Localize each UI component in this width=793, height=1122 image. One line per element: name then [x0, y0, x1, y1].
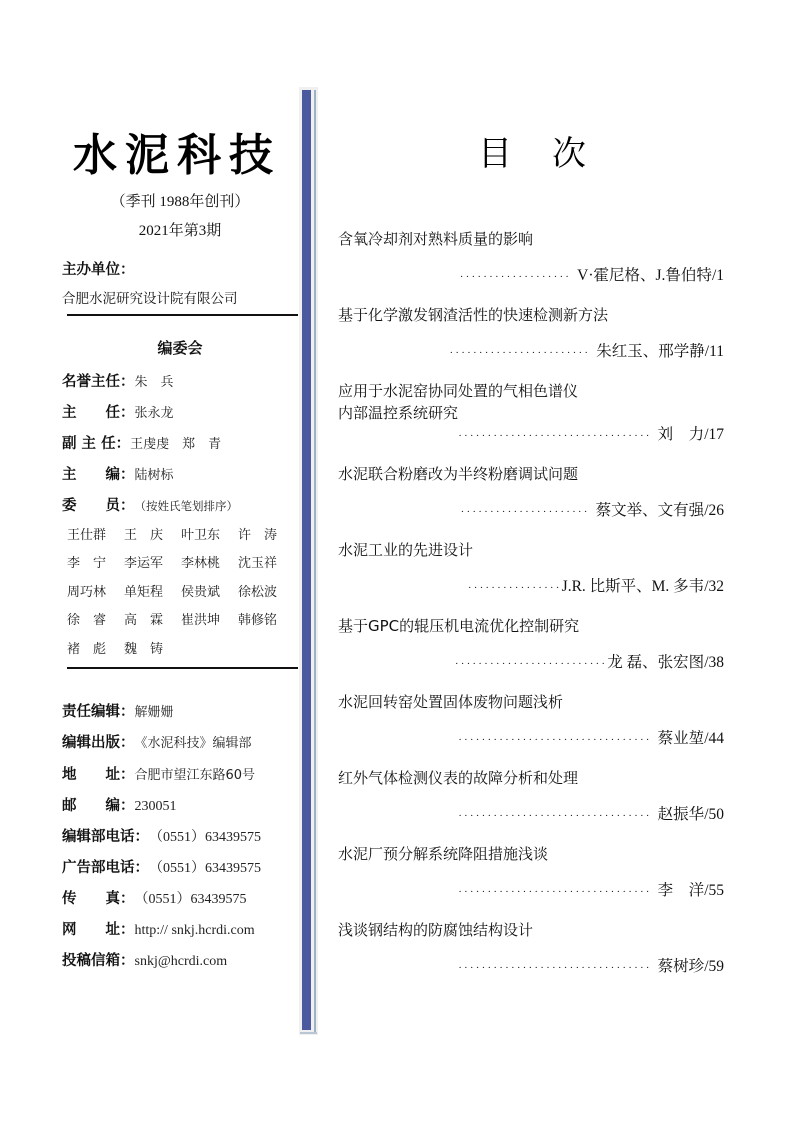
leader-dots: ································· — [458, 425, 651, 447]
article-title[interactable]: 基于化学激发钢渣活性的快速检测新方法 — [338, 304, 724, 326]
article-author: 蔡树珍 — [658, 956, 705, 978]
member-name: 李林桃 — [181, 552, 238, 571]
board-row-director: 主 任： 张永龙 — [62, 401, 174, 422]
leader-dots: ································· — [458, 729, 651, 751]
board-label: 主 任： — [62, 401, 135, 422]
sponsor-name: 合肥水泥研究设计院有限公司 — [62, 287, 238, 307]
toc-entry[interactable]: 基于化学激发钢渣活性的快速检测新方法 ·····················… — [338, 304, 724, 364]
toc-entry[interactable]: 水泥厂预分解系统降阻措施浅谈 ·························… — [338, 843, 724, 903]
info-value: （0551）63439575 — [149, 826, 261, 846]
info-value: 230051 — [135, 799, 177, 815]
article-byline: ················ J.R. 比斯平、M. 多韦/32 — [338, 576, 724, 599]
article-author: 龙 磊、张宏图 — [607, 652, 704, 674]
page-number: 44 — [709, 728, 725, 750]
leader-dots: ··················· — [460, 266, 571, 288]
member-name: 周巧林 — [67, 581, 124, 600]
member-name: 崔洪坤 — [181, 609, 238, 628]
article-byline: ································· 蔡业堃/44 — [338, 728, 724, 751]
board-value: 朱 兵 — [135, 371, 174, 390]
board-value: （按姓氏笔划排序） — [135, 498, 239, 514]
info-label: 投稿信箱： — [62, 949, 135, 970]
article-title[interactable]: 含氧冷却剂对熟料质量的影响 — [338, 228, 724, 250]
member-name: 单矩程 — [124, 581, 181, 600]
info-row-postcode: 邮 编： 230051 — [62, 794, 177, 815]
member-name: 王仕群 — [67, 524, 124, 543]
member-name: 侯贵斌 — [181, 581, 238, 600]
info-value: 《水泥科技》编辑部 — [135, 732, 252, 751]
article-author: 蔡文举、文有强 — [596, 500, 705, 522]
info-label: 广告部电话： — [62, 856, 149, 877]
article-title[interactable]: 水泥工业的先进设计 — [338, 539, 724, 561]
member-name: 李运军 — [124, 552, 181, 571]
website-link[interactable]: http:// snkj.hcrdi.com — [135, 923, 255, 939]
founded-note: （季刊 1988年创刊） — [62, 190, 298, 211]
leader-dots: ································· — [458, 805, 651, 827]
leader-dots: ································· — [458, 881, 651, 903]
toc-entry[interactable]: 基于GPC的辊压机电流优化控制研究 ······················… — [338, 615, 724, 675]
article-byline: ··················· V·霍尼格、J.鲁伯特/1 — [338, 265, 724, 288]
board-value: 张永龙 — [135, 402, 174, 421]
member-name: 徐 睿 — [67, 609, 124, 628]
member-row: 王仕群 王 庆 叶卫东 许 涛 — [67, 519, 297, 548]
leader-dots: ······················ — [461, 501, 590, 523]
info-row-address: 地 址： 合肥市望江东路60号 — [62, 763, 255, 784]
sponsor-label: 主办单位： — [62, 258, 135, 279]
toc-entry[interactable]: 含氧冷却剂对熟料质量的影响 ··················· V·霍尼格、… — [338, 228, 724, 288]
toc-title: 目次 — [478, 126, 626, 175]
page-number: 38 — [709, 652, 725, 674]
board-label: 主 编： — [62, 463, 135, 484]
info-row-publisher: 编辑出版： 《水泥科技》编辑部 — [62, 731, 252, 752]
member-name: 褚 彪 — [67, 638, 124, 657]
member-row: 李 宁 李运军 李林桃 沈玉祥 — [67, 548, 297, 577]
member-row: 周巧林 单矩程 侯贵斌 徐松波 — [67, 576, 297, 605]
article-byline: ································· 李 洋/55 — [338, 880, 724, 903]
issue-number: 2021年第3期 — [62, 219, 298, 240]
info-value: （0551）63439575 — [149, 857, 261, 877]
article-title[interactable]: 应用于水泥窑协同处置的气相色谱仪 内部温控系统研究 — [338, 380, 724, 424]
article-title[interactable]: 红外气体检测仪表的故障分析和处理 — [338, 767, 724, 789]
board-label: 委 员： — [62, 494, 135, 515]
member-name: 李 宁 — [67, 552, 124, 571]
article-title[interactable]: 浅谈钢结构的防腐蚀结构设计 — [338, 919, 724, 941]
member-name: 王 庆 — [124, 524, 181, 543]
member-name: 高 霖 — [124, 609, 181, 628]
leader-dots: ·························· — [455, 653, 607, 675]
toc-entry[interactable]: 水泥工业的先进设计 ················ J.R. 比斯平、M. 多… — [338, 539, 724, 599]
article-title[interactable]: 水泥回转窑处置固体废物问题浅析 — [338, 691, 724, 713]
leader-dots: ················ — [468, 577, 562, 599]
board-label: 名誉主任： — [62, 370, 135, 391]
page-number: 1 — [716, 265, 724, 287]
board-value: 陆树标 — [135, 464, 174, 483]
email-link[interactable]: snkj@hcrdi.com — [135, 954, 228, 970]
article-byline: ························ 朱红玉、邢学静/11 — [338, 341, 724, 364]
page-number: 17 — [709, 424, 725, 446]
board-row-deputy-director: 副 主 任： 王虔虔 郑 青 — [62, 432, 221, 453]
toc-entry[interactable]: 应用于水泥窑协同处置的气相色谱仪 内部温控系统研究 ··············… — [338, 380, 724, 447]
board-heading: 编委会 — [62, 337, 298, 358]
toc-entry[interactable]: 水泥联合粉磨改为半终粉磨调试问题 ······················ … — [338, 463, 724, 523]
page-number: 55 — [709, 880, 725, 902]
member-name: 许 涛 — [238, 524, 295, 543]
article-byline: ································· 赵振华/50 — [338, 804, 724, 827]
toc-list: 含氧冷却剂对熟料质量的影响 ··················· V·霍尼格、… — [338, 228, 724, 979]
info-row-responsible-editor: 责任编辑： 解姗姗 — [62, 700, 174, 721]
member-name: 徐松波 — [238, 581, 295, 600]
column-divider-foot — [300, 1032, 317, 1034]
leader-dots: ························ — [450, 342, 591, 364]
info-row-fax: 传 真： （0551）63439575 — [62, 887, 247, 908]
info-value: （0551）63439575 — [135, 888, 247, 908]
article-author: 蔡业堃 — [658, 728, 705, 750]
column-divider — [302, 90, 311, 1030]
article-byline: ································· 刘 力/17 — [338, 424, 724, 447]
leader-dots: ································· — [458, 957, 651, 979]
article-byline: ·························· 龙 磊、张宏图/38 — [338, 652, 724, 675]
info-label: 地 址： — [62, 763, 135, 784]
page-number: 59 — [709, 956, 725, 978]
info-row-ads-phone: 广告部电话： （0551）63439575 — [62, 856, 261, 877]
toc-entry[interactable]: 浅谈钢结构的防腐蚀结构设计 ··························… — [338, 919, 724, 979]
article-byline: ································· 蔡树珍/59 — [338, 956, 724, 979]
article-author: J.R. 比斯平、M. 多韦 — [562, 576, 705, 598]
article-author: 刘 力 — [658, 424, 705, 446]
article-title[interactable]: 水泥联合粉磨改为半终粉磨调试问题 — [338, 463, 724, 485]
member-name: 叶卫东 — [181, 524, 238, 543]
info-row-editorial-phone: 编辑部电话： （0551）63439575 — [62, 825, 261, 846]
article-title[interactable]: 基于GPC的辊压机电流优化控制研究 — [338, 615, 724, 637]
divider-rule — [67, 314, 298, 316]
article-author: 李 洋 — [658, 880, 705, 902]
info-row-submission-email: 投稿信箱： snkj@hcrdi.com — [62, 949, 227, 970]
article-author: 朱红玉、邢学静 — [596, 341, 705, 363]
journal-title: 水泥科技 — [70, 126, 284, 186]
board-value: 王虔虔 郑 青 — [130, 433, 221, 452]
member-row: 褚 彪 魏 铸 — [67, 633, 297, 662]
member-list: 王仕群 王 庆 叶卫东 许 涛 李 宁 李运军 李林桃 沈玉祥 周巧林 单矩程 … — [67, 519, 297, 662]
member-row: 徐 睿 高 霖 崔洪坤 韩修铭 — [67, 605, 297, 634]
page-number: 11 — [709, 341, 724, 363]
info-label: 传 真： — [62, 887, 135, 908]
column-divider-thin — [314, 90, 316, 1032]
info-label: 编辑出版： — [62, 731, 135, 752]
info-label: 网 址： — [62, 918, 135, 939]
member-name: 沈玉祥 — [238, 552, 295, 571]
page-number: 50 — [709, 804, 725, 826]
info-label: 编辑部电话： — [62, 825, 149, 846]
article-title[interactable]: 水泥厂预分解系统降阻措施浅谈 — [338, 843, 724, 865]
info-label: 责任编辑： — [62, 700, 135, 721]
info-value: 合肥市望江东路60号 — [135, 764, 256, 783]
board-row-honorary-director: 名誉主任： 朱 兵 — [62, 370, 174, 391]
page-number: 32 — [709, 576, 725, 598]
board-row-editor-in-chief: 主 编： 陆树标 — [62, 463, 174, 484]
toc-entry[interactable]: 红外气体检测仪表的故障分析和处理 ·······················… — [338, 767, 724, 827]
member-name: 韩修铭 — [238, 609, 295, 628]
board-label: 副 主 任： — [62, 432, 130, 453]
info-row-website: 网 址： http:// snkj.hcrdi.com — [62, 918, 255, 939]
info-label: 邮 编： — [62, 794, 135, 815]
article-author: V·霍尼格、J.鲁伯特 — [577, 265, 712, 287]
toc-entry[interactable]: 水泥回转窑处置固体废物问题浅析 ························… — [338, 691, 724, 751]
divider-rule — [67, 667, 298, 669]
page-number: 26 — [709, 500, 725, 522]
article-author: 赵振华 — [658, 804, 705, 826]
board-row-members: 委 员： （按姓氏笔划排序） — [62, 494, 238, 515]
article-byline: ······················ 蔡文举、文有强/26 — [338, 500, 724, 523]
member-name: 魏 铸 — [124, 638, 181, 657]
info-value: 解姗姗 — [135, 701, 174, 720]
